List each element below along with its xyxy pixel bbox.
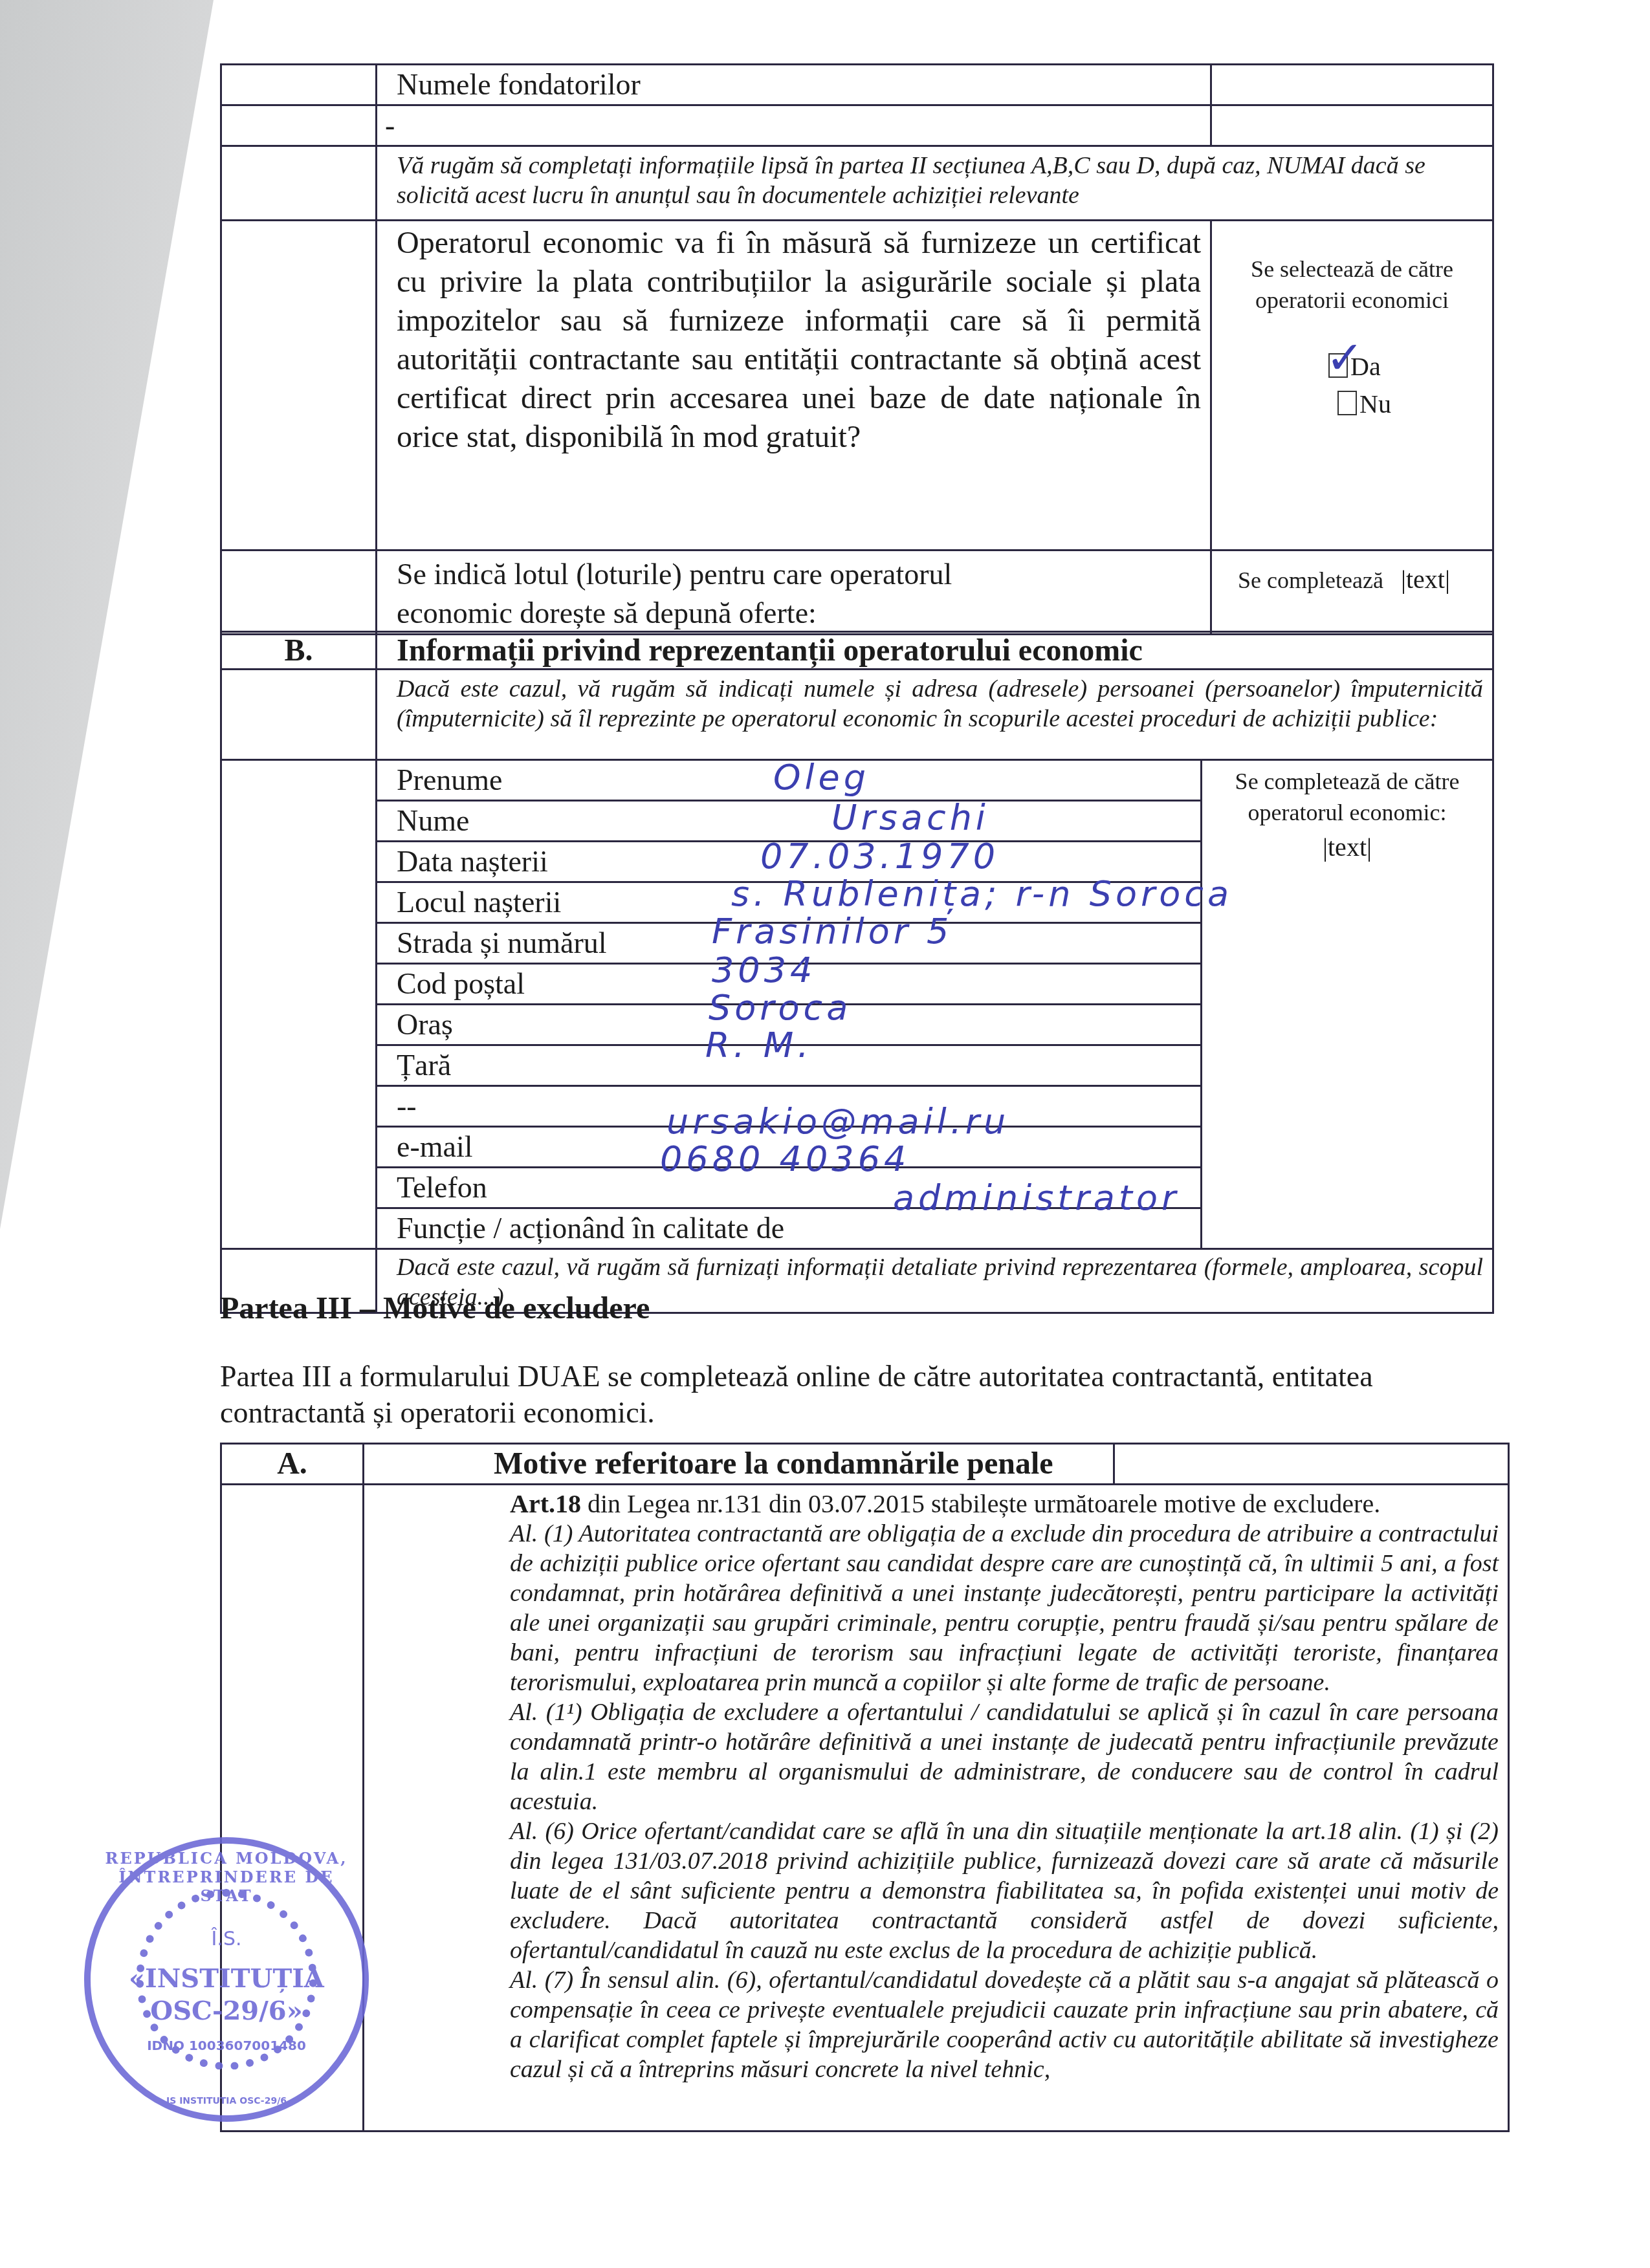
field-strada-value[interactable]: Frasinilor 5 <box>712 911 952 952</box>
option-nu-label: Nu <box>1359 389 1391 419</box>
certificate-instruction: Se selectează de către operatorii econom… <box>1218 254 1486 316</box>
section-b-instruction: Se completează de către operatorul econo… <box>1202 766 1492 828</box>
article-number: Art.18 <box>510 1489 581 1518</box>
section-b-letter: B. <box>221 632 377 670</box>
founders-value: - <box>377 105 1211 146</box>
field-prenume-value[interactable]: Oleg <box>773 757 870 798</box>
field-nume-value[interactable]: Ursachi <box>831 797 989 838</box>
missing-info-note: Vă rugăm să completați informațiile lips… <box>377 146 1493 221</box>
option-da[interactable]: ✓Da <box>1328 348 1486 386</box>
section-b-note: Dacă este cazul, vă rugăm să indicați nu… <box>377 670 1493 760</box>
field-data-nasterii-value[interactable]: 07.03.1970 <box>760 836 999 877</box>
field-cod-postal-value[interactable]: 3034 <box>712 950 816 990</box>
lot-question: Se indică lotul (loturile) pentru care o… <box>377 551 1211 635</box>
scan-edge-shadow <box>0 0 220 2268</box>
part2-table: Numele fondatorilor - Vă rugăm să comple… <box>220 63 1494 635</box>
field-functie-value[interactable]: administrator <box>893 1177 1180 1218</box>
paragraph-1: Al. (1) Autoritatea contractantă are obl… <box>510 1519 1499 1697</box>
section-b-table: B. Informații privind reprezentanții ope… <box>220 631 1494 1314</box>
paragraph-6: Al. (6) Orice ofertant/candidat care se … <box>510 1816 1499 1965</box>
part3-intro: Partea III a formularului DUAE se comple… <box>220 1358 1501 1431</box>
section-b-title: Informații privind reprezentanții operat… <box>377 632 1493 670</box>
section-b-instruction-cell: Se completează de către operatorul econo… <box>1202 760 1493 1249</box>
founders-input-cell[interactable] <box>1211 65 1493 105</box>
paragraph-1-1: Al. (1¹) Obligația de excludere a oferta… <box>510 1697 1499 1816</box>
handwritten-checkmark-icon: ✓ <box>1326 335 1364 380</box>
checkbox-da[interactable]: ✓ <box>1328 353 1348 378</box>
section-a-letter: A. <box>221 1444 364 1485</box>
field-telefon-value[interactable]: 0680 40364 <box>660 1139 910 1179</box>
section-b-text-placeholder[interactable]: |text| <box>1202 832 1492 863</box>
section-a-table: A. Motive referitoare la condamnările pe… <box>220 1443 1510 2132</box>
section-a-title: Motive referitoare la condamnările penal… <box>364 1444 1114 1485</box>
paragraph-7: Al. (7) În sensul alin. (6), ofertantul/… <box>510 1965 1499 2084</box>
checkbox-nu[interactable] <box>1337 391 1357 415</box>
option-nu[interactable]: Nu <box>1328 386 1486 423</box>
field-oras-value[interactable]: Soroca <box>709 987 852 1028</box>
certificate-options-cell: Se selectează de către operatorii econom… <box>1211 221 1493 551</box>
lot-text-placeholder[interactable]: |text| <box>1401 565 1450 594</box>
field-locul-nasterii-value[interactable]: s. Rublenița; r-n Soroca <box>731 873 1233 914</box>
article-intro: Art.18 din Legea nr.131 din 03.07.2015 s… <box>510 1489 1499 1519</box>
lot-input-cell[interactable]: Se completează |text| <box>1211 551 1493 635</box>
certificate-question: Operatorul economic va fi în măsură să f… <box>377 221 1211 551</box>
field-tara-value[interactable]: R. M. <box>705 1025 813 1065</box>
founders-label: Numele fondatorilor <box>377 65 1211 105</box>
row-index-cell <box>221 65 377 105</box>
part3-heading: Partea III – Motive de excludere <box>220 1291 650 1326</box>
law-text: Art.18 din Legea nr.131 din 03.07.2015 s… <box>364 1485 1509 2132</box>
lot-instruction: Se completează <box>1238 567 1383 593</box>
field-email-value[interactable]: ursakio@mail.ru <box>666 1101 1009 1142</box>
